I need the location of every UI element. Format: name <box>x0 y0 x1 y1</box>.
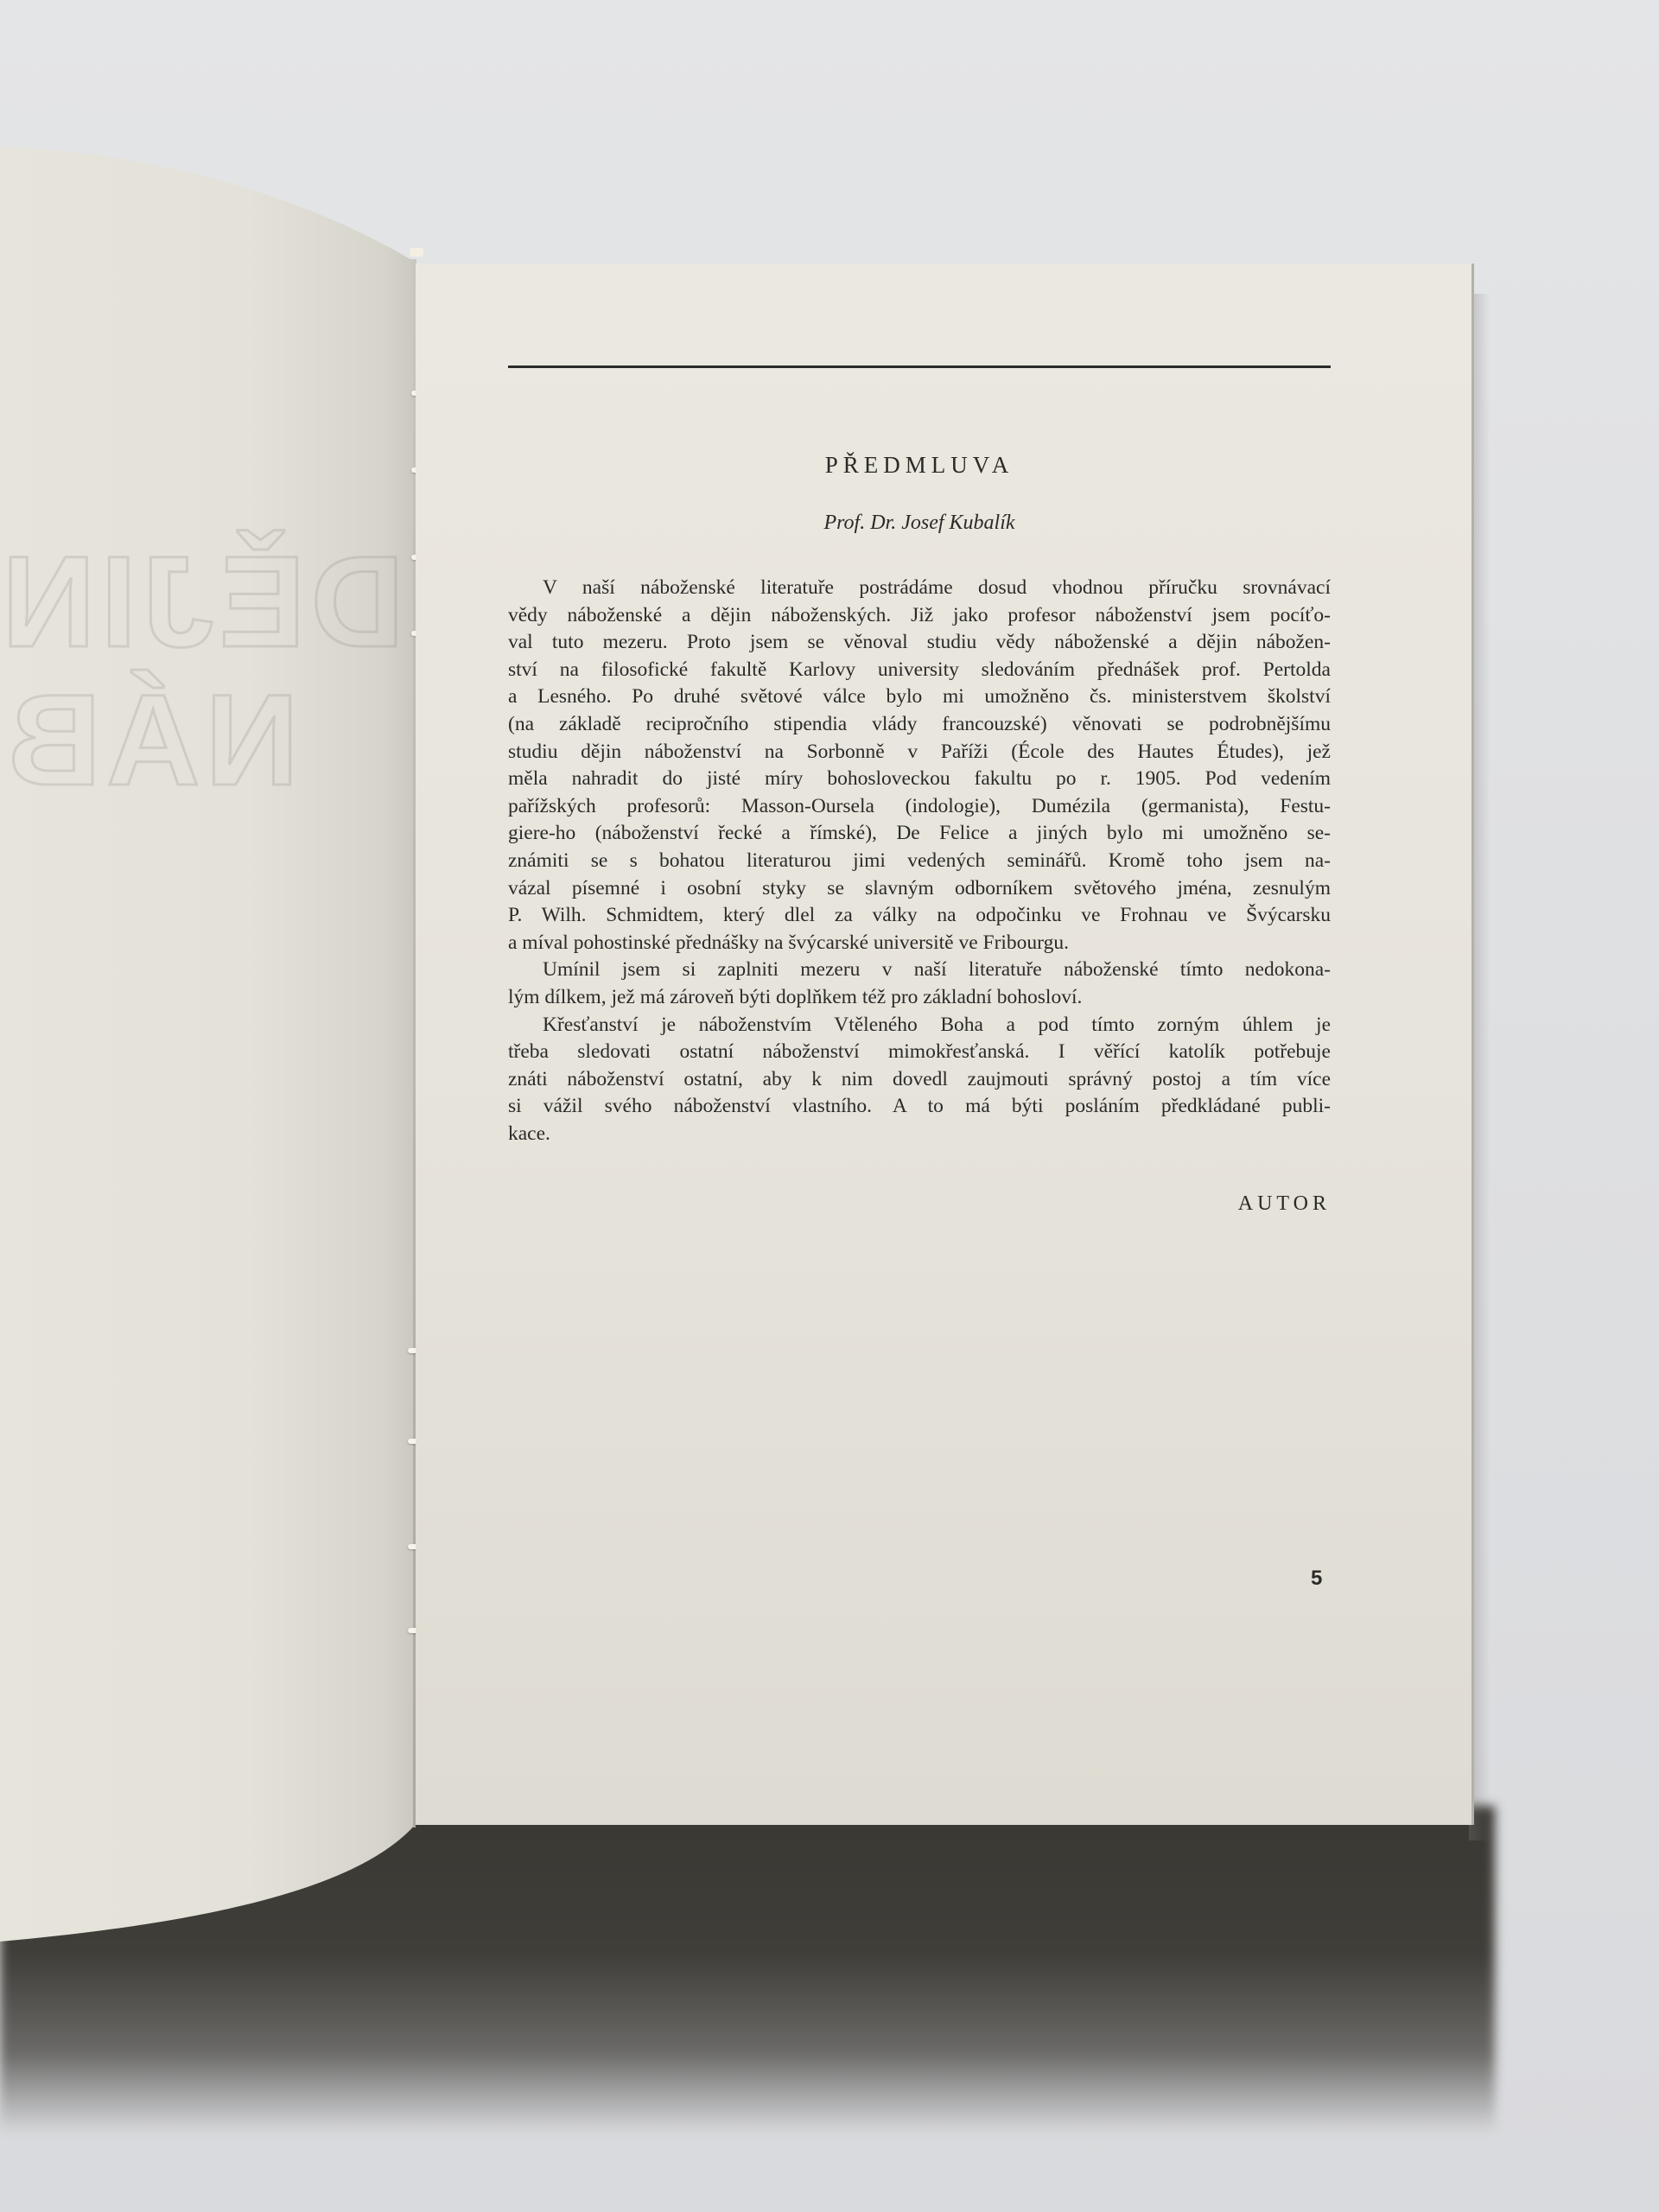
preface-body: V naší náboženské literatuře postrádáme … <box>508 575 1331 1147</box>
page-number: 5 <box>1311 1567 1322 1591</box>
show-through-text-line-2: NÁBO <box>0 665 299 815</box>
text-line: ství na filosofické fakultě Karlovy univ… <box>508 657 1331 684</box>
page-title: PŘEDMLUVA <box>508 452 1331 479</box>
text-line: kace. <box>508 1121 1331 1148</box>
text-line: si vážil svého náboženství vlastního. A … <box>508 1093 1331 1121</box>
text-line: vědy náboženské a dějin náboženských. Ji… <box>508 602 1331 630</box>
text-line: a míval pohostinské přednášky na švýcars… <box>508 930 1331 957</box>
text-line: měla nahradit do jisté míry bohoslovecko… <box>508 766 1331 793</box>
text-line: (na základě recipročního stipendia vlády… <box>508 711 1331 739</box>
text-line: Křesťanství je náboženstvím Vtěleného Bo… <box>508 1012 1331 1039</box>
text-line: pařížských profesorů: Masson-Oursela (in… <box>508 793 1331 821</box>
text-line: giere-ho (náboženství řecké a římské), D… <box>508 820 1331 848</box>
text-line: vázal písemné i osobní styky se slavným … <box>508 875 1331 903</box>
right-page: PŘEDMLUVA Prof. Dr. Josef Kubalík V naší… <box>416 264 1474 1825</box>
text-line: val tuto mezeru. Proto jsem se věnoval s… <box>508 629 1331 657</box>
text-line: Umínil jsem si zaplniti mezeru v naší li… <box>508 957 1331 984</box>
text-line: znáti náboženství ostatní, aby k nim dov… <box>508 1066 1331 1094</box>
page-corner-nick <box>410 248 423 257</box>
text-line: V naší náboženské literatuře postrádáme … <box>508 575 1331 602</box>
author-byline: Prof. Dr. Josef Kubalík <box>508 512 1331 535</box>
text-line: známiti se s bohatou literaturou jimi ve… <box>508 848 1331 875</box>
text-line: lým dílkem, jež má zároveň býti doplňkem… <box>508 984 1331 1012</box>
header-rule <box>508 365 1331 368</box>
text-line: studiu dějin náboženství na Sorbonně v P… <box>508 739 1331 766</box>
show-through-text-line-1: DĚJINY <box>0 527 404 677</box>
signature: AUTOR <box>508 1192 1331 1216</box>
text-line: a Lesného. Po druhé světové válce bylo m… <box>508 683 1331 711</box>
text-line: třeba sledovati ostatní náboženství mimo… <box>508 1039 1331 1066</box>
text-line: P. Wilh. Schmidtem, který dlel za války … <box>508 902 1331 930</box>
